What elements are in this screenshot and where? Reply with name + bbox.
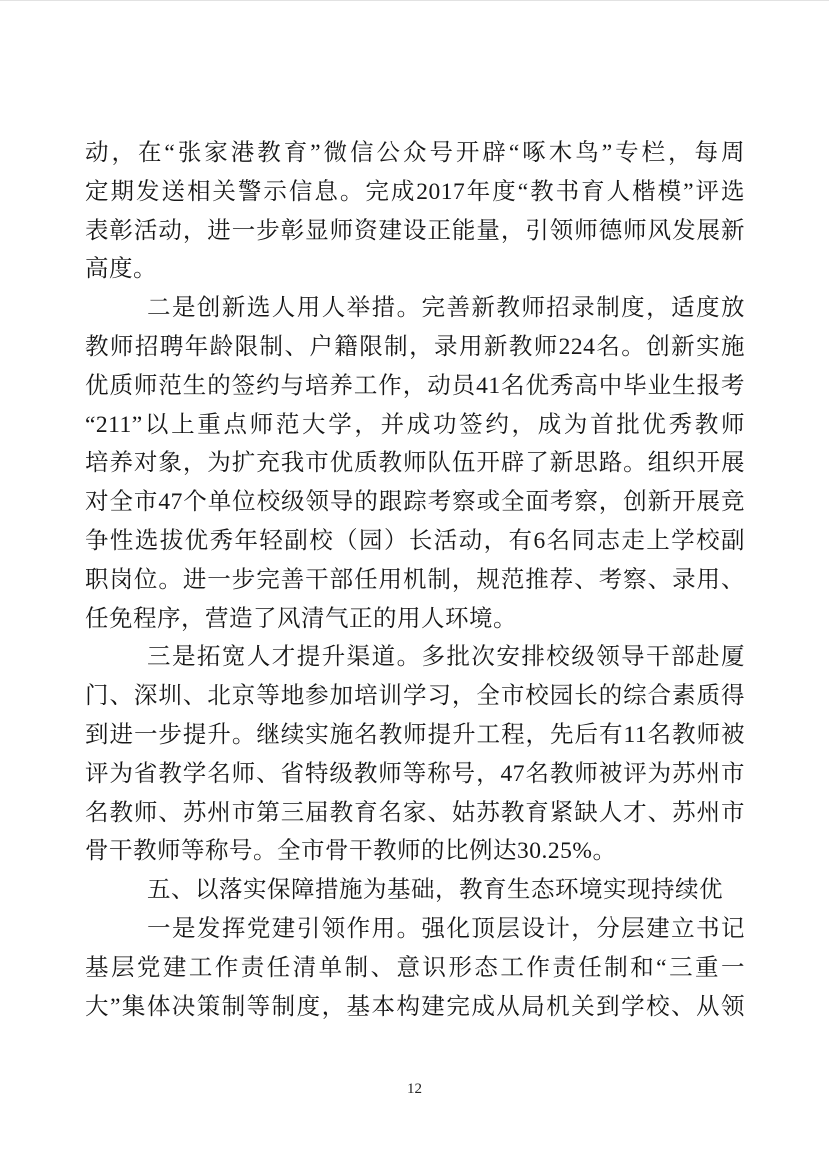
page-top-edge <box>0 0 829 1</box>
text-line: 定期发送相关警示信息。完成2017年度“教书育人楷模”评选 <box>85 173 745 212</box>
text-line: “211”以上重点师范大学，并成功签约，成为首批优秀教师 <box>85 406 745 445</box>
text-line: 动，在“张家港教育”微信公众号开辟“啄木鸟”专栏，每周 <box>85 134 745 173</box>
text-line: 对全市47个单位校级领导的跟踪考察或全面考察，创新开展竞 <box>85 483 745 522</box>
text-block: 动，在“张家港教育”微信公众号开辟“啄木鸟”专栏，每周定期发送相关警示信息。完成… <box>85 134 745 1026</box>
section-heading-line: 五、以落实保障措施为基础，教育生态环境实现持续优化 <box>85 871 745 910</box>
text-line: 基层党建工作责任清单制、意识形态工作责任制和“三重一 <box>85 949 745 988</box>
text-line: 大”集体决策制等制度，基本构建完成从局机关到学校、从领 <box>85 988 745 1027</box>
text-line: 争性选拔优秀年轻副校（园）长活动，有6名同志走上学校副 <box>85 522 745 561</box>
text-line: 骨干教师等称号。全市骨干教师的比例达30.25%。 <box>85 832 745 871</box>
page-footer: 12 <box>0 1080 829 1098</box>
text-line: 一是发挥党建引领作用。强化顶层设计，分层建立书记抓 <box>85 910 745 949</box>
text-line: 教师招聘年龄限制、户籍限制，录用新教师224名。创新实施 <box>85 328 745 367</box>
text-line: 职岗位。进一步完善干部任用机制，规范推荐、考察、录用、 <box>85 561 745 600</box>
text-line: 优质师范生的签约与培养工作，动员41名优秀高中毕业生报考 <box>85 367 745 406</box>
text-line: 任免程序，营造了风清气正的用人环境。 <box>85 600 745 639</box>
text-line: 高度。 <box>85 250 745 289</box>
text-line: 三是拓宽人才提升渠道。多批次安排校级领导干部赴厦 <box>85 638 745 677</box>
text-line: 门、深圳、北京等地参加培训学习，全市校园长的综合素质得 <box>85 677 745 716</box>
text-line: 二是创新选人用人举措。完善新教师招录制度，适度放宽 <box>85 289 745 328</box>
text-line: 培养对象，为扩充我市优质教师队伍开辟了新思路。组织开展 <box>85 444 745 483</box>
document-page: 动，在“张家港教育”微信公众号开辟“啄木鸟”专栏，每周定期发送相关警示信息。完成… <box>0 0 829 1173</box>
text-line: 到进一步提升。继续实施名教师提升工程，先后有11名教师被 <box>85 716 745 755</box>
text-line: 表彰活动，进一步彰显师资建设正能量，引领师德师风发展新 <box>85 212 745 251</box>
text-line: 名教师、苏州市第三届教育名家、姑苏教育紧缺人才、苏州市 <box>85 794 745 833</box>
text-line: 评为省教学名师、省特级教师等称号，47名教师被评为苏州市 <box>85 755 745 794</box>
page-number: 12 <box>407 1081 422 1097</box>
